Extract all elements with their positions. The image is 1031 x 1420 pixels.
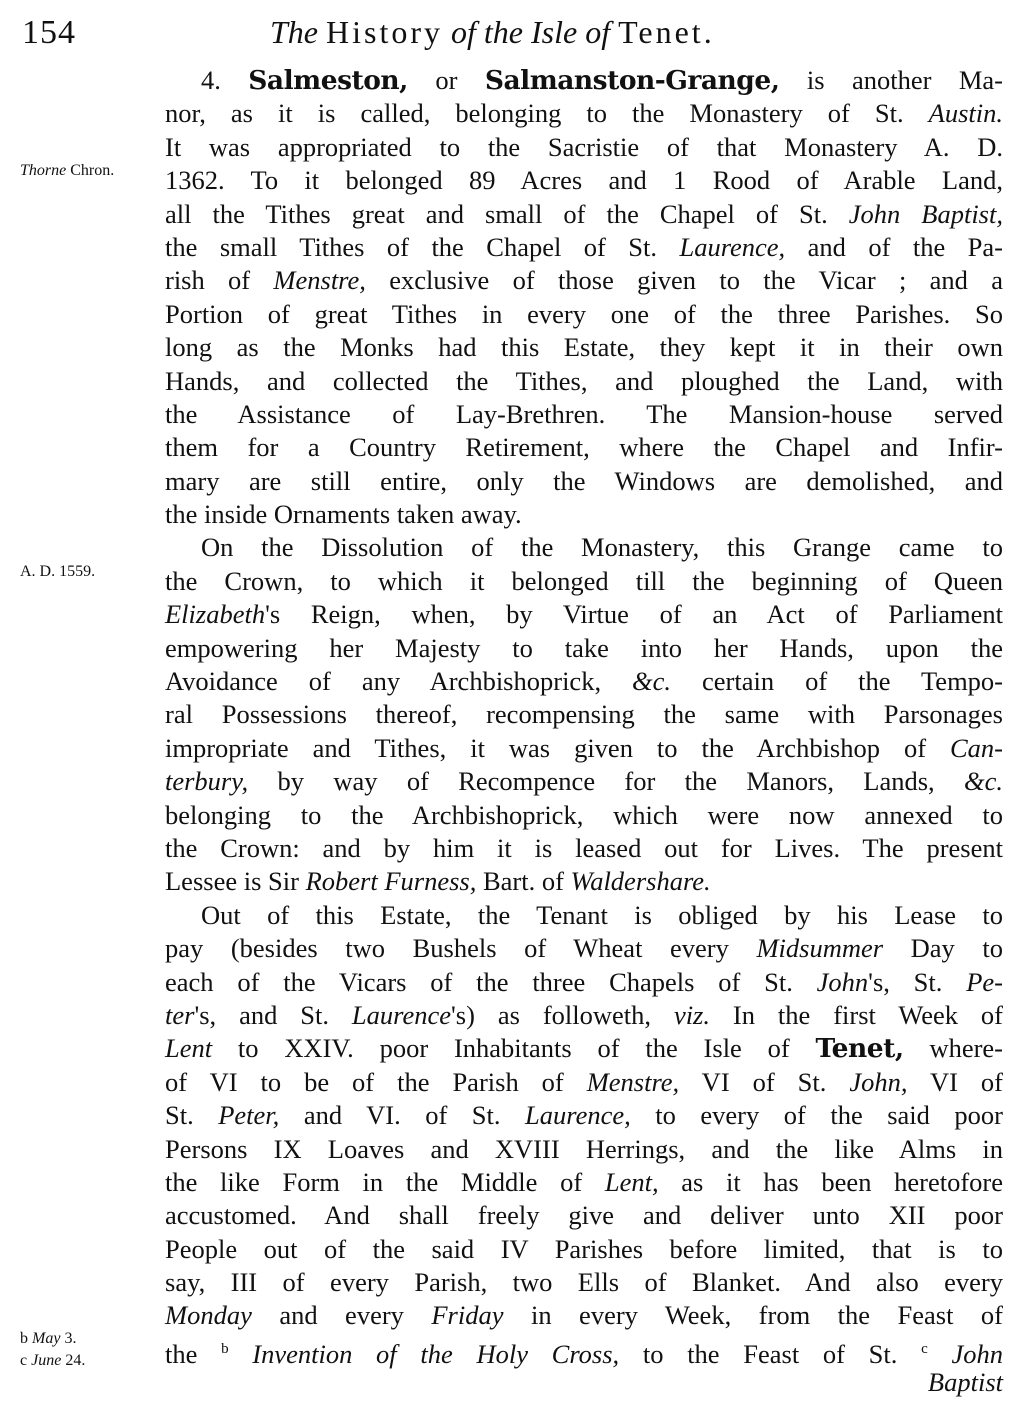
text-line: Persons IX Loaves and XVIII Herrings, an… [165,1133,1003,1166]
text-line: the Crown, to which it belonged till the… [165,565,1003,598]
margin-note-ad-1559: A. D. 1559. [20,563,95,581]
text-line: People out of the said IV Parishes befor… [165,1233,1003,1266]
text-line: terbury, by way of Recompence for the Ma… [165,765,1003,798]
text-line: the Crown: and by him it is leased out f… [165,832,1003,865]
text-line: accustomed. And shall freely give and de… [165,1199,1003,1232]
footnote-ref-c: c [921,1341,928,1357]
footnote-b-may-3: b May 3. [20,1330,76,1348]
text-line: Lent to XXIV. poor Inhabitants of the Is… [165,1032,1003,1065]
text-line: On the Dissolution of the Monastery, thi… [165,531,1003,564]
text-line: Monday and every Friday in every Week, f… [165,1299,1003,1332]
running-head-of2: of [585,14,610,50]
text-line: the Assistance of Lay-Brethren. The Mans… [165,398,1003,431]
text-line: say, III of every Parish, two Ells of Bl… [165,1266,1003,1299]
text-line: Out of this Estate, the Tenant is oblige… [165,899,1003,932]
text-line: the small Tithes of the Chapel of St. La… [165,231,1003,264]
running-head: The History of the Isle of Tenet. [270,14,715,51]
running-head-the: The [270,14,318,50]
running-head-the2: the [484,14,523,50]
running-head-isle: Isle [531,14,577,50]
margin-note-text: A. D. 1559. [20,563,95,580]
margin-note-text: June [31,1352,61,1369]
text-line: impropriate and Tithes, it was given to … [165,732,1003,765]
body-text: 4. Salmeston, or Salmanston-Grange, is a… [165,64,1003,1400]
footnote-mark: c [20,1352,27,1369]
margin-note-thorne-chron: Thorne Chron. [20,162,114,180]
text-line: empowering her Majesty to take into her … [165,632,1003,665]
text-line: all the Tithes great and small of the Ch… [165,198,1003,231]
text-line: Elizabeth's Reign, when, by Virtue of an… [165,598,1003,631]
text-line: 1362. To it belonged 89 Acres and 1 Rood… [165,164,1003,197]
text-line: belonging to the Archbishoprick, which w… [165,799,1003,832]
text-line: ral Possessions thereof, recompensing th… [165,698,1003,731]
text-line: rish of Menstre, exclusive of those give… [165,264,1003,297]
text-line: Hands, and collected the Tithes, and plo… [165,365,1003,398]
text-line: each of the Vicars of the three Chapels … [165,966,1003,999]
page-number: 154 [22,14,76,52]
footnote-ref-b: b [221,1341,229,1357]
text-line: ter's, and St. Laurence's) as followeth,… [165,999,1003,1032]
text-line: Avoidance of any Archbishoprick, &c. cer… [165,665,1003,698]
text-line: nor, as it is called, belonging to the M… [165,97,1003,130]
text-line: the b Invention of the Holy Cross, to th… [165,1333,1003,1366]
text-line: 4. Salmeston, or Salmanston-Grange, is a… [165,64,1003,97]
footnote-c-june-24: c June 24. [20,1352,85,1370]
text-line: St. Peter, and VI. of St. Laurence, to e… [165,1099,1003,1132]
margin-note-text: Thorne [20,162,66,179]
text-line: the inside Ornaments taken away. [165,498,1003,531]
text-line: Portion of great Tithes in every one of … [165,298,1003,331]
text-line: of VI to be of the Parish of Menstre, VI… [165,1066,1003,1099]
margin-note-text: 24. [65,1352,85,1369]
text-line: them for a Country Retirement, where the… [165,431,1003,464]
text-line: the like Form in the Middle of Lent, as … [165,1166,1003,1199]
text-line: mary are still entire, only the Windows … [165,465,1003,498]
text-line: It was appropriated to the Sacristie of … [165,131,1003,164]
running-head-tenet: Tenet. [618,14,715,50]
running-head-history: History [326,14,443,50]
footnote-mark: b [20,1330,28,1347]
text-line: Lessee is Sir Robert Furness, Bart. of W… [165,865,1003,898]
text-line: long as the Monks had this Estate, they … [165,331,1003,364]
running-head-of: of [451,14,476,50]
margin-note-text: May [32,1330,60,1347]
margin-note-text: 3. [64,1330,76,1347]
text-line: pay (besides two Bushels of Wheat every … [165,932,1003,965]
margin-note-text: Chron. [70,162,114,179]
catchword: Baptist [165,1366,1003,1399]
